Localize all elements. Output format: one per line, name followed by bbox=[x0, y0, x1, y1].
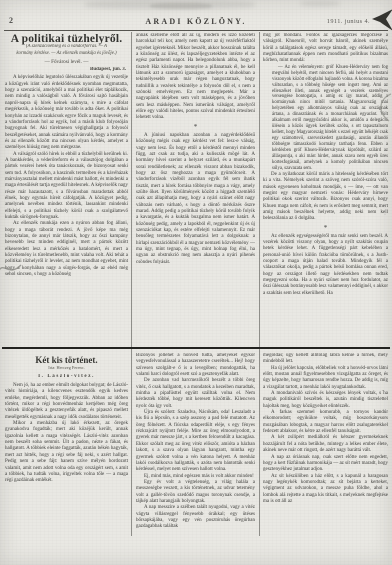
article-body-col1: A képviselőház legutolsó ülésszakában eg… bbox=[5, 75, 128, 278]
article-quote-block: — Az én véleményem: gróf Khuen-Héderváry… bbox=[272, 65, 388, 172]
paragraph: Újra és szólott: Szaladva, Nácókám, oda!… bbox=[136, 410, 255, 473]
feuilleton-body-col1: Nem jó, ha az ember elmúlt dolgokat boly… bbox=[5, 383, 128, 485]
article-column-3: míg jót mondani. Fontos az igazságérzés … bbox=[263, 33, 388, 344]
paragraph: — Az én véleményem: gróf Khuen-Héderváry… bbox=[272, 65, 388, 172]
paragraph: Nem jó, ha az ember elmúlt dolgokat boly… bbox=[5, 383, 128, 421]
paragraph: A júniusi napokban azonban a nagyérdeklő… bbox=[136, 133, 255, 266]
paragraph: A válságról szóló hírek is ebből a tüzhe… bbox=[5, 152, 128, 222]
paragraph: A két zsilipért mediálkról és kétszer gy… bbox=[263, 435, 388, 454]
masthead-title: ARADI KÖZLÖNY. bbox=[60, 17, 332, 26]
article-subtitle: (A szenzációéhség és a vándorforrás. — A… bbox=[9, 44, 124, 56]
article-dateline: Budapest, jun. 3. bbox=[5, 67, 126, 73]
article-body-col2b: A júniusi napokban azonban a nagyérdeklő… bbox=[136, 133, 255, 266]
feuilleton-body-col3: megoldás; úgy kellett állítólag lábra ke… bbox=[263, 353, 388, 505]
article-column-1: A politikai tüzhelyről. (A szenzációéhsé… bbox=[5, 33, 128, 344]
article-body-col3-afterbreak: Az ellenzék egységességéről ma már senki… bbox=[263, 234, 388, 297]
newspaper-page: 2 ARADI KÖZLÖNY. 1911. junius 4. A polit… bbox=[0, 0, 392, 565]
paragraph: A nap az óriásnak nap, csak szert előtte… bbox=[263, 455, 388, 474]
paragraph: Egy év volt a végtelenség, a világ halál… bbox=[136, 480, 255, 505]
paragraph: A képviselőház legutolsó ülésszakában eg… bbox=[5, 75, 128, 151]
section-break-star: * bbox=[136, 123, 255, 132]
feuilleton-headline: Két kis történet. bbox=[5, 357, 128, 363]
header-rule bbox=[4, 30, 388, 31]
ink-blot-artifact bbox=[372, 6, 392, 33]
paragraph: A farkas szemmel komorabb, a tornyos kan… bbox=[263, 410, 388, 435]
scan-smudge bbox=[300, 1, 340, 6]
paragraph: A nap messzire a szélben talált nyugodni… bbox=[136, 505, 255, 530]
article-headline: A politikai tüzhelyről. bbox=[5, 36, 128, 42]
feuilleton-rule bbox=[2, 347, 390, 349]
feuilleton-section-title: I. László-vitéz. bbox=[5, 374, 128, 380]
feuilleton-column-1: Két kis történet. Irta: Herczeg Ferenc. … bbox=[5, 353, 128, 535]
subtitle-line: (A szenzációéhség és a vándorforrás. — A bbox=[26, 44, 107, 49]
margin-speck: - bbox=[382, 388, 384, 394]
margin-speck: · bbox=[384, 212, 386, 218]
feuilleton-column-2: Bizonyos jóllehet a honvéd tudta, amelye… bbox=[136, 353, 255, 535]
article-body-col3-afterquote: De a nyilatkozat körül máris a hitelessé… bbox=[263, 172, 388, 223]
article-column-2: annak szelleme előtt áll az új, modern é… bbox=[136, 33, 255, 344]
paragraph: míg jót mondani. Fontos az igazságérzés … bbox=[263, 33, 388, 65]
paragraph: De a nyilatkozat körül máris a hitelessé… bbox=[263, 172, 388, 223]
page-number: 2 bbox=[9, 16, 13, 25]
section-break-star: * bbox=[263, 224, 388, 233]
column-divider bbox=[259, 32, 260, 536]
subtitle-line: kormány kérdése. — Az ellenzék munkája é… bbox=[16, 51, 116, 56]
feuilleton-byline: Irta: Herczeg Ferenc. bbox=[5, 365, 128, 371]
article-body-col3-intro: míg jót mondani. Fontos az igazságérzés … bbox=[263, 33, 388, 65]
paragraph: Az ellenzék munkája ezen a nyáron abban … bbox=[5, 221, 128, 278]
paragraph: Az sít készülőben a ház előtt, s a kapun… bbox=[263, 474, 388, 506]
paragraph: A mondanivaló szívós és készséges lények… bbox=[263, 391, 388, 410]
feuilleton-body-col2: Bizonyos jóllehet a honvéd tudta, amelye… bbox=[136, 353, 255, 531]
paragraph: Az ellenzék egységességéről ma már senki… bbox=[263, 234, 388, 297]
paragraph: De azonban vad harcmezőkről beszélt a tö… bbox=[136, 378, 255, 410]
article-kicker: — Fővárosi levél. — bbox=[5, 59, 128, 65]
column-divider bbox=[131, 32, 132, 536]
paragraph: Mikor a menházba új lakó érkezett, az ör… bbox=[5, 421, 128, 484]
paragraph: annak szelleme előtt áll az új, modern é… bbox=[136, 33, 255, 122]
scan-smudge bbox=[150, 3, 212, 9]
issue-date: 1911. junius 4. bbox=[327, 18, 370, 25]
article-body-col2a: annak szelleme előtt áll az új, modern é… bbox=[136, 33, 255, 122]
margin-scribble-right bbox=[374, 92, 392, 124]
paragraph: megoldás; úgy kellett állítólag lábra ke… bbox=[263, 353, 388, 366]
paragraph: Bizonyos jóllehet a honvéd tudta, amelye… bbox=[136, 353, 255, 378]
paragraph: Ej, mind más, mind egészen más is volt a… bbox=[136, 474, 255, 480]
margin-scribble-left bbox=[0, 256, 23, 282]
paragraph: Ha új jelölet kapcsán, előbbeliek volt a… bbox=[263, 366, 388, 391]
feuilleton-column-3: megoldás; úgy kellett állítólag lábra ke… bbox=[263, 353, 388, 535]
